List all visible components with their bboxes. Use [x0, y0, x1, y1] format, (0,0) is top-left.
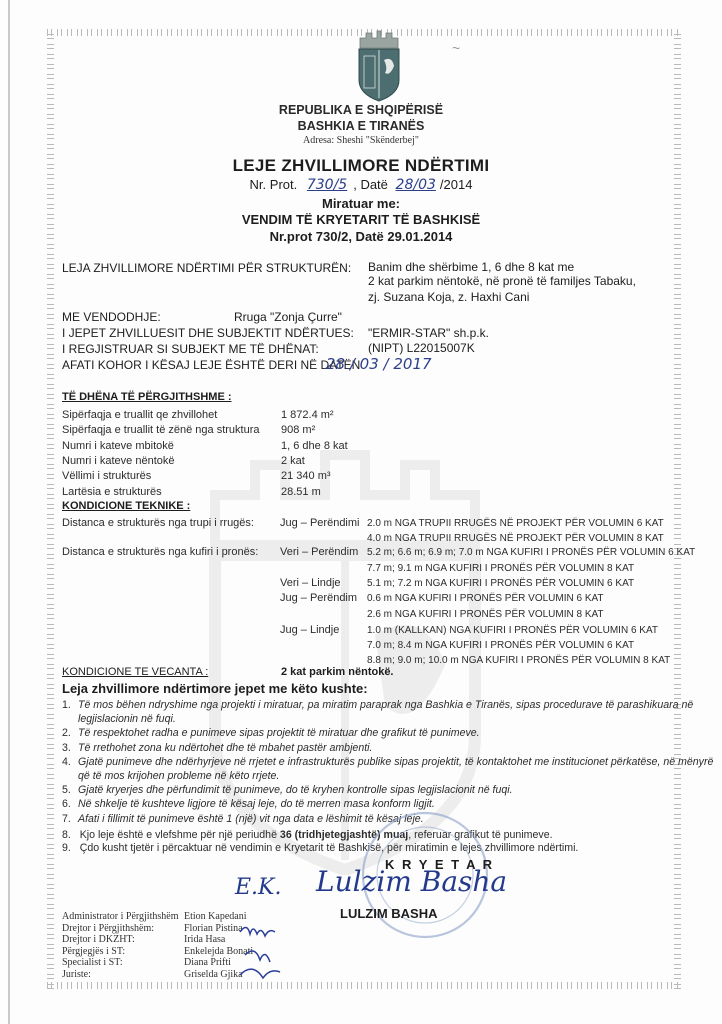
technical-distance: 2.6 m NGA KUFIRI I PRONËS PËR VOLUMIN 8 … — [367, 609, 604, 620]
technical-direction: Jug – Perëndim — [280, 592, 357, 604]
developer-label: I JEPET ZHVILLUESIT DHE SUBJEKTIT NDËRTU… — [62, 326, 354, 340]
condition-number: 6. — [62, 798, 71, 810]
general-row-value: 2 kat — [281, 455, 305, 467]
approval-decision: VENDIM TË KRYETARIT TË BASHKISË — [0, 212, 722, 227]
registered-label: I REGJISTRUAR SI SUBJEKT ME TË DHËNAT: — [62, 342, 319, 356]
technical-distance: 7.7 m; 9.1 m NGA KUFIRI I PRONËS PËR VOL… — [367, 563, 634, 574]
technical-direction: Jug – Lindje — [280, 624, 339, 636]
approval-reference: Nr.prot 730/2, Datë 29.01.2014 — [0, 229, 722, 244]
official-role: Drejtor i Përgjithshëm: — [62, 923, 154, 934]
handwritten-signature: Lulzim Basha — [316, 865, 507, 898]
pen-mark: ~ — [452, 40, 460, 56]
structure-line-1: Banim dhe shërbime 1, 6 dhe 8 kat me — [368, 260, 574, 274]
general-row-value: 28.51 m — [281, 486, 321, 498]
technical-distance: 2.0 m NGA TRUPII RRUGËS NË PROJEKT PËR V… — [367, 518, 664, 529]
condition-9: 9. Çdo kusht tjetër i përcaktuar në vend… — [62, 842, 578, 854]
technical-distance: 5.2 m; 6.6 m; 6.9 m; 7.0 m NGA KUFIRI I … — [367, 547, 695, 558]
condition-text: Të mos bëhen ndryshime nga projekti i mi… — [78, 699, 693, 711]
condition-text-continued: që të mos krijohen probleme në këto rrje… — [78, 770, 279, 782]
protocol-number-value: 730/5 — [301, 177, 353, 193]
technical-distance: 8.8 m; 9.0 m; 10.0 m NGA KUFIRI I PRONËS… — [367, 655, 670, 666]
technical-direction: Veri – Lindje — [280, 577, 341, 589]
official-role: Përgjegjës i ST: — [62, 946, 125, 957]
structure-line-2: 2 kat parkim nëntokë, në pronë të familj… — [368, 274, 636, 288]
condition-number: 9. — [62, 842, 71, 854]
technical-distance: 7.0 m; 8.4 m NGA KUFIRI I PRONËS PËR VOL… — [367, 640, 634, 651]
scan-edge — [8, 0, 10, 1024]
general-row-label: Vëllimi i strukturës — [62, 470, 151, 482]
general-row-label: Numri i kateve mbitokë — [62, 440, 174, 452]
registered-value: (NIPT) L22015007K — [368, 341, 475, 355]
initials-scribbles-icon — [235, 920, 315, 985]
official-name: Diana Prifti — [184, 957, 231, 968]
republic-heading: REPUBLIKA E SHQIPËRISË — [0, 103, 722, 117]
condition-number: 4. — [62, 756, 71, 768]
document-title: LEJE ZHVILLIMORE NDËRTIMI — [0, 156, 722, 176]
condition-number: 1. — [62, 699, 71, 711]
official-role: Drejtor i DKZHT: — [62, 934, 135, 945]
location-label: ME VENDODHJE: — [62, 310, 161, 324]
condition-text: Gjatë punimeve dhe ndërhyrjeve në rrjete… — [78, 756, 713, 768]
technical-distance: 1.0 m (KALLKAN) NGA KUFIRI I PRONËS PËR … — [367, 625, 658, 636]
special-value: 2 kat parkim nëntokë. — [281, 666, 394, 678]
condition-text-continued: legjislacionin në fuqi. — [78, 713, 176, 725]
official-name: Griselda Gjika — [184, 969, 243, 980]
condition-number: 7. — [62, 813, 71, 825]
technical-distance: 5.1 m; 7.2 m NGA KUFIRI I PRONËS PËR VOL… — [367, 578, 634, 589]
condition-number: 5. — [62, 784, 71, 796]
technical-distance: 4.0 m NGA TRUPII RRUGËS NË PROJEKT PËR V… — [367, 533, 664, 544]
technical-distance: 0.6 m NGA KUFIRI I PRONËS PËR VOLUMIN 6 … — [367, 593, 604, 604]
official-name: Florian Pistina — [184, 923, 243, 934]
validity-label: AFATI KOHOR I KËSAJ LEJE ËSHTË DERI NË D… — [62, 358, 360, 372]
official-name: Irida Hasa — [184, 934, 225, 945]
general-row-value: 908 m² — [281, 424, 315, 436]
permit-document: REPUBLIKA E SHQIPËRISË BASHKIA E TIRANËS… — [0, 0, 722, 1024]
signatory-name: LULZIM BASHA — [340, 906, 438, 921]
condition-number: 2. — [62, 727, 71, 739]
handwritten-initials: E.K. — [235, 875, 281, 900]
general-row-label: Lartësia e strukturës — [62, 486, 162, 498]
validity-date-handwritten: 28 / 03 / 2017 — [326, 355, 432, 373]
general-row-value: 1 872.4 m² — [281, 409, 334, 421]
condition-number: 8. — [62, 829, 71, 841]
developer-value: "ERMIR-STAR" sh.p.k. — [368, 326, 489, 340]
approval-label: Miratuar me: — [0, 196, 722, 211]
technical-heading: KONDICIONE TEKNIKE : — [62, 500, 190, 512]
general-row-label: Sipërfaqja e truallit qe zhvillohet — [62, 409, 217, 421]
official-role: Specialist i ST: — [62, 957, 123, 968]
general-row-value: 1, 6 dhe 8 kat — [281, 440, 348, 452]
condition-text: Të rrethohet zona ku ndërtohet dhe të mb… — [78, 742, 372, 754]
conditions-heading: Leja zhvillimore ndërtimore jepet me kët… — [62, 681, 368, 696]
technical-direction: Veri – Perëndim — [280, 546, 358, 558]
protocol-date-value: 28/03 — [392, 177, 440, 193]
official-role: Administrator i Përgjithshëm — [62, 911, 178, 922]
technical-direction: Jug – Perëndimi — [280, 517, 360, 529]
protocol-date-label: , Datë — [353, 177, 388, 192]
structure-label: LEJA ZHVILLIMORE NDËRTIMI PËR STRUKTURËN… — [62, 261, 351, 275]
location-value: Rruga "Zonja Çurre" — [234, 310, 342, 324]
condition-text: Të respektohet radha e punimeve sipas pr… — [78, 727, 480, 739]
address-line: Adresa: Sheshi "Skënderbej" — [0, 135, 722, 146]
general-row-label: Numri i kateve nëntokë — [62, 455, 175, 467]
municipality-heading: BASHKIA E TIRANËS — [0, 119, 722, 133]
special-heading: KONDICIONE TE VECANTA : — [62, 666, 208, 678]
tirana-coat-of-arms-icon — [350, 30, 408, 102]
property-distance-label: Distanca e strukturës nga kufiri i pronë… — [62, 546, 258, 558]
general-row-value: 21 340 m³ — [281, 470, 331, 482]
condition-number: 3. — [62, 742, 71, 754]
structure-line-3: zj. Suzana Koja, z. Haxhi Cani — [368, 290, 529, 304]
general-row-label: Sipërfaqja e truallit të zënë nga strukt… — [62, 424, 260, 436]
condition-8-text: Kjo leje është e vlefshme për një periud… — [80, 829, 280, 841]
protocol-year: /2014 — [440, 177, 473, 192]
protocol-number-label: Nr. Prot. — [250, 177, 298, 192]
protocol-line: Nr. Prot. 730/5, Datë 28/03/2014 — [0, 177, 722, 193]
general-heading: TË DHËNA TË PËRGJITHSHME : — [62, 391, 232, 403]
official-role: Juriste: — [62, 969, 91, 980]
condition-9-text: Çdo kusht tjetër i përcaktuar në vendimi… — [80, 842, 579, 854]
road-distance-label: Distanca e strukturës nga trupi i rrugës… — [62, 517, 254, 529]
